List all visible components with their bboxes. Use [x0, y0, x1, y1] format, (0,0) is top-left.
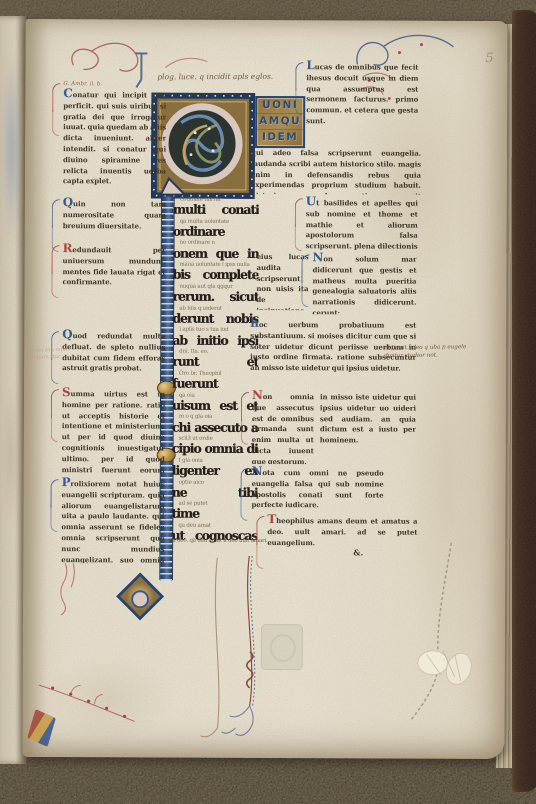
gloss-text: Lucas de omnibus que fecit ihesus docuit… [306, 60, 418, 127]
right-gloss-paragraph: Non omnia que assecutus est de omnibus f… [252, 390, 314, 464]
manuscript-photo: 5 plog. luce. q incidit apls eglos. [0, 0, 536, 804]
marginal-note-line: dicitur studior not. [384, 352, 472, 361]
marginal-note-right: ni fuerit. ideo q uba p eugele dicitur s… [384, 344, 472, 360]
gloss-text: in misso iste uidetur qui ipsius uidetur… [320, 392, 416, 446]
right-gloss-paragraph: qui adeo falsa scripserunt euangelia. la… [251, 148, 421, 195]
showthrough-pink [2, 384, 20, 524]
left-column-tail-flourish [57, 563, 79, 617]
showthrough-blue-initial [2, 54, 22, 244]
gloss-text: Non omnia que assecutus est de omnibus f… [252, 390, 314, 464]
parchment-repair-scar [396, 537, 517, 738]
right-gloss-paragraph: Non solum mar didicerunt que gestis et m… [312, 252, 416, 314]
marginal-note-left: nu mi inu mim mi num itur [28, 346, 86, 362]
manuscript-recto-page: 5 plog. luce. q incidit apls eglos. [22, 19, 507, 759]
paragraph-end-mark: &. [353, 547, 363, 557]
right-gloss-paragraph: in misso iste uidetur qui ipsius uidetur… [320, 392, 416, 462]
right-gloss-paragraph: Lucas de omnibus que fecit ihesus docuit… [306, 60, 418, 138]
showthrough-square-ornament [261, 624, 303, 670]
right-gloss-paragraph: Theophilus amans deum et amatus a deo. u… [267, 514, 417, 553]
marginal-note-line: ni fuerit. ideo q uba p eugele [384, 344, 472, 353]
right-gloss-paragraph: Ut basilides et apelles qui sub nomine e… [306, 196, 418, 252]
bottom-interlinear-gloss: a deo. qa deu amat a deo uult amari. [172, 538, 304, 545]
gloss-text: Ut basilides et apelles qui sub nomine e… [306, 196, 418, 252]
gloss-text: Nota cum omni ne pseudo euangelia falsa … [251, 466, 383, 512]
gloss-text: qui adeo falsa scripserunt euangelia. la… [251, 148, 421, 195]
right-gloss-paragraph: Nota cum omni ne pseudo euangelia falsa … [251, 466, 383, 513]
gloss-text: Non solum mar didicerunt que gestis et m… [312, 252, 416, 314]
